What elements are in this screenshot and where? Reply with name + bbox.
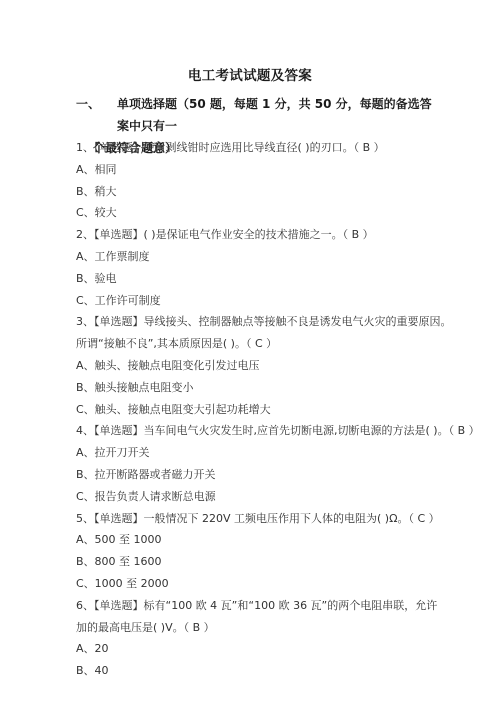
option-b: B、40: [76, 660, 436, 682]
question-stem: 3、【单选题】导线接头、控制器触点等接触不良是诱发电气火灾的重要原因。: [76, 311, 436, 333]
question-4: 4、【单选题】当车间电气火灾发生时,应首先切断电源,切断电源的方法是( )。（ …: [76, 420, 436, 507]
question-stem: 5、【单选题】一般情况下 220V 工频电压作用下人体的电阻为( )Ω。（ C …: [76, 508, 436, 530]
question-1: 1、【单选题】使用剥线钳时应选用比导线直径( )的刃口。（ B ） A、相同 B…: [76, 137, 436, 224]
document-page: 电工考试试题及答案 一、 单项选择题（50 题，每题 1 分，共 50 分，每题…: [0, 0, 500, 708]
option-b: B、800 至 1600: [76, 551, 436, 573]
option-a: A、500 至 1000: [76, 529, 436, 551]
option-c: C、工作许可制度: [76, 290, 436, 312]
question-stem: 6、【单选题】标有“100 欧 4 瓦”和“100 欧 36 瓦”的两个电阻串联…: [76, 595, 436, 617]
question-stem-continued: 所谓“接触不良”,其本质原因是( )。（ C ）: [76, 333, 436, 355]
document-title: 电工考试试题及答案: [0, 66, 500, 86]
section-heading-line-1: 单项选择题（50 题，每题 1 分，共 50 分，每题的备选答案中只有一: [76, 94, 436, 138]
question-stem: 1、【单选题】使用剥线钳时应选用比导线直径( )的刃口。（ B ）: [76, 137, 436, 159]
option-b: B、验电: [76, 268, 436, 290]
question-list: 1、【单选题】使用剥线钳时应选用比导线直径( )的刃口。（ B ） A、相同 B…: [76, 137, 436, 682]
question-stem-continued: 加的最高电压是( )V。（ B ）: [76, 617, 436, 639]
question-stem: 2、【单选题】( )是保证电气作业安全的技术措施之一。（ B ）: [76, 224, 436, 246]
option-c: C、较大: [76, 202, 436, 224]
option-c: C、触头、接触点电阻变大引起功耗增大: [76, 399, 436, 421]
option-c: C、1000 至 2000: [76, 573, 436, 595]
option-a: A、触头、接触点电阻变化引发过电压: [76, 355, 436, 377]
option-a: A、相同: [76, 159, 436, 181]
option-c: C、报告负责人请求断总电源: [76, 486, 436, 508]
question-stem: 4、【单选题】当车间电气火灾发生时,应首先切断电源,切断电源的方法是( )。（ …: [76, 420, 436, 442]
option-b: B、稍大: [76, 181, 436, 203]
option-b: B、拉开断路器或者磁力开关: [76, 464, 436, 486]
option-a: A、拉开刀开关: [76, 442, 436, 464]
section-number: 一、: [76, 94, 100, 116]
option-a: A、工作票制度: [76, 246, 436, 268]
question-3: 3、【单选题】导线接头、控制器触点等接触不良是诱发电气火灾的重要原因。 所谓“接…: [76, 311, 436, 420]
option-a: A、20: [76, 638, 436, 660]
question-6: 6、【单选题】标有“100 欧 4 瓦”和“100 欧 36 瓦”的两个电阻串联…: [76, 595, 436, 682]
question-5: 5、【单选题】一般情况下 220V 工频电压作用下人体的电阻为( )Ω。（ C …: [76, 508, 436, 595]
option-b: B、触头接触点电阻变小: [76, 377, 436, 399]
question-2: 2、【单选题】( )是保证电气作业安全的技术措施之一。（ B ） A、工作票制度…: [76, 224, 436, 311]
